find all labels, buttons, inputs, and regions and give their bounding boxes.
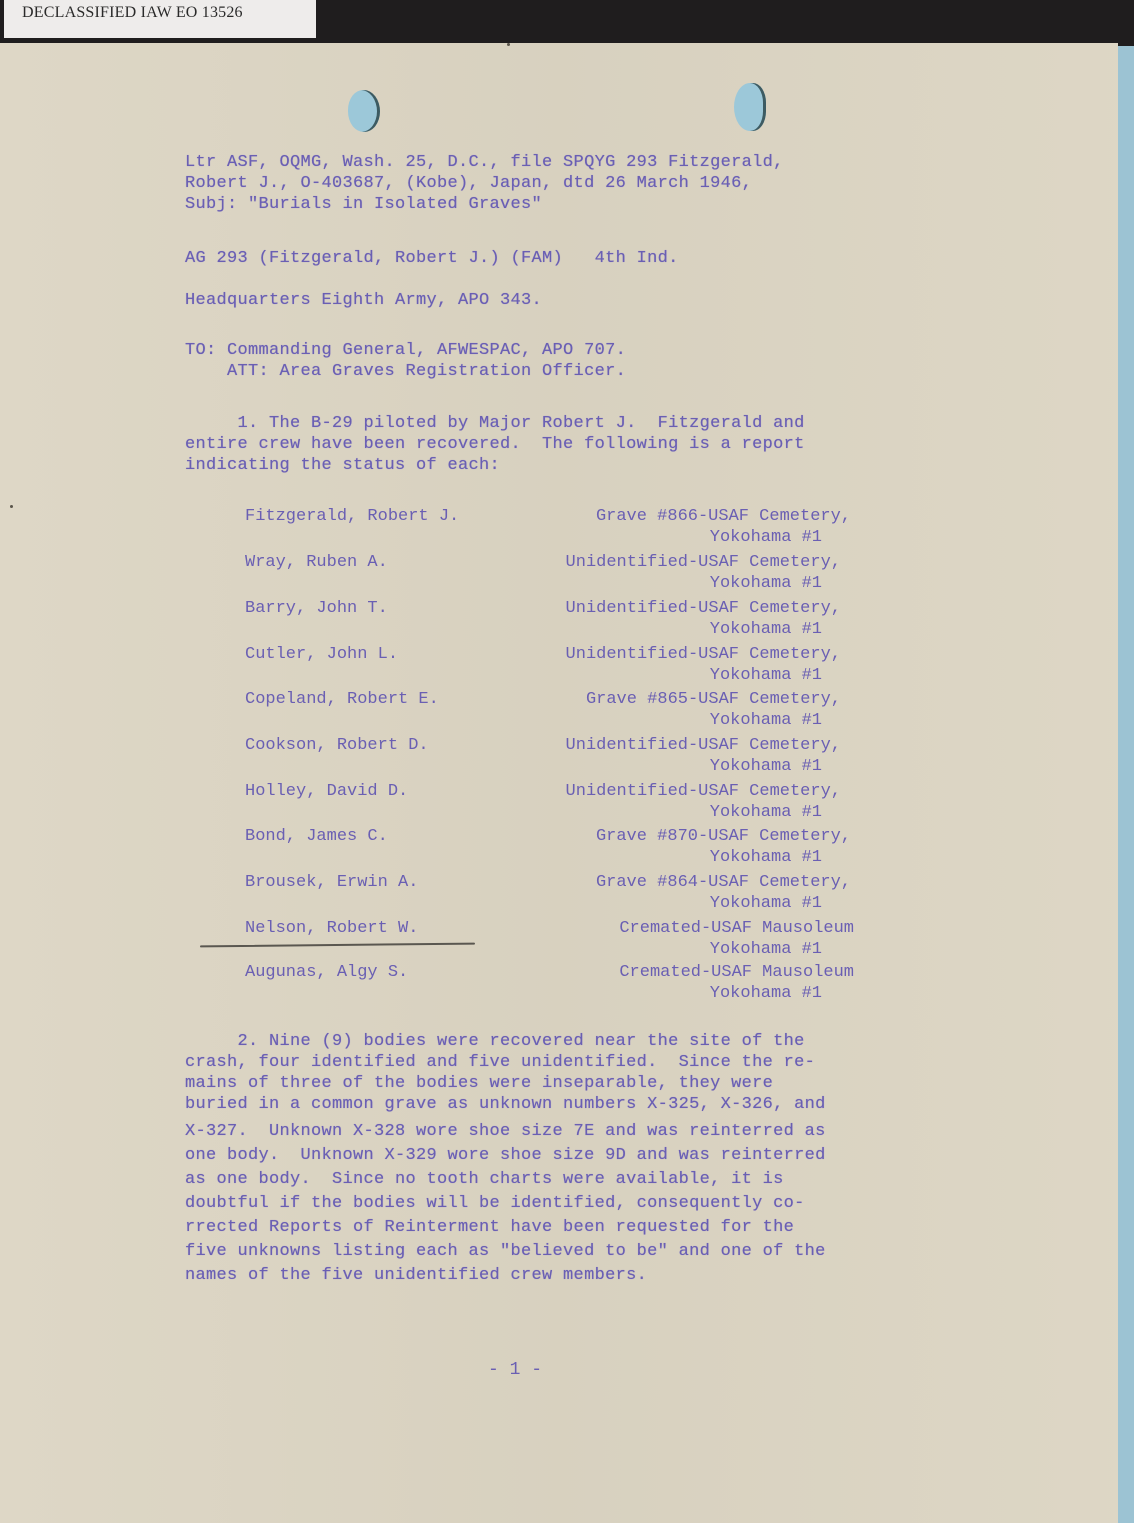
paragraph-2-line: one body. Unknown X-329 wore shoe size 9… <box>185 1145 826 1166</box>
crew-location: Yokohama #1 <box>710 802 822 823</box>
crew-location: Yokohama #1 <box>710 893 822 914</box>
crew-status: Unidentified-USAF Cemetery, <box>566 598 841 619</box>
crew-location: Yokohama #1 <box>710 756 822 777</box>
crew-location: Yokohama #1 <box>710 939 822 960</box>
paragraph-2-line: crash, four identified and five unidenti… <box>185 1052 815 1073</box>
crew-name: Barry, John T. <box>245 598 388 619</box>
crew-status: Unidentified-USAF Cemetery, <box>566 781 841 802</box>
page-number: - 1 - <box>488 1360 542 1380</box>
crew-status: Unidentified-USAF Cemetery, <box>566 644 841 665</box>
paragraph-1-line: entire crew have been recovered. The fol… <box>185 434 805 455</box>
crew-location: Yokohama #1 <box>710 710 822 731</box>
crew-status: Unidentified-USAF Cemetery, <box>566 735 841 756</box>
paragraph-2-line: doubtful if the bodies will be identifie… <box>185 1193 805 1214</box>
paragraph-2-line: X-327. Unknown X-328 wore shoe size 7E a… <box>185 1121 826 1142</box>
paragraph-1-line: indicating the status of each: <box>185 455 500 476</box>
paragraph-1-line: 1. The B-29 piloted by Major Robert J. F… <box>185 413 805 434</box>
punch-hole-right <box>734 83 766 131</box>
crew-name: Fitzgerald, Robert J. <box>245 506 459 527</box>
crew-name: Wray, Ruben A. <box>245 552 388 573</box>
crew-name: Brousek, Erwin A. <box>245 872 418 893</box>
to-line: TO: Commanding General, AFWESPAC, APO 70… <box>185 340 626 361</box>
paragraph-2-line: as one body. Since no tooth charts were … <box>185 1169 784 1190</box>
crew-name: Cutler, John L. <box>245 644 398 665</box>
crew-location: Yokohama #1 <box>710 573 822 594</box>
indorsement-line: AG 293 (Fitzgerald, Robert J.) (FAM) 4th… <box>185 248 679 269</box>
crew-status: Grave #870-USAF Cemetery, <box>596 826 851 847</box>
crew-status: Grave #866-USAF Cemetery, <box>596 506 851 527</box>
attention-line: ATT: Area Graves Registration Officer. <box>185 361 626 382</box>
paragraph-2-line: rrected Reports of Reinterment have been… <box>185 1217 794 1238</box>
crew-location: Yokohama #1 <box>710 665 822 686</box>
crew-location: Yokohama #1 <box>710 847 822 868</box>
crew-status: Grave #865-USAF Cemetery, <box>586 689 841 710</box>
crew-name: Cookson, Robert D. <box>245 735 429 756</box>
speck <box>507 43 510 46</box>
crew-name: Nelson, Robert W. <box>245 918 418 939</box>
reference-line: Robert J., O-403687, (Kobe), Japan, dtd … <box>185 173 752 194</box>
paragraph-2-line: five unknowns listing each as "believed … <box>185 1241 826 1262</box>
crew-status: Unidentified-USAF Cemetery, <box>566 552 841 573</box>
crew-location: Yokohama #1 <box>710 527 822 548</box>
crew-location: Yokohama #1 <box>710 983 822 1004</box>
paragraph-2-line: 2. Nine (9) bodies were recovered near t… <box>185 1031 805 1052</box>
crew-name: Augunas, Algy S. <box>245 962 408 983</box>
crew-status: Grave #864-USAF Cemetery, <box>596 872 851 893</box>
crew-status: Cremated-USAF Mausoleum <box>619 962 854 983</box>
crew-status: Cremated-USAF Mausoleum <box>619 918 854 939</box>
declassification-stamp: DECLASSIFIED IAW EO 13526 <box>4 0 316 38</box>
paragraph-2-line: names of the five unidentified crew memb… <box>185 1265 647 1286</box>
crew-name: Holley, David D. <box>245 781 408 802</box>
paragraph-2-line: buried in a common grave as unknown numb… <box>185 1094 826 1115</box>
crew-name: Copeland, Robert E. <box>245 689 439 710</box>
paragraph-2-line: mains of three of the bodies were insepa… <box>185 1073 773 1094</box>
reference-line: Subj: "Burials in Isolated Graves" <box>185 194 542 215</box>
reference-line: Ltr ASF, OQMG, Wash. 25, D.C., file SPQY… <box>185 152 784 173</box>
crew-location: Yokohama #1 <box>710 619 822 640</box>
speck <box>10 505 13 508</box>
punch-hole-left <box>348 90 380 132</box>
from-line: Headquarters Eighth Army, APO 343. <box>185 290 542 311</box>
crew-name: Bond, James C. <box>245 826 388 847</box>
